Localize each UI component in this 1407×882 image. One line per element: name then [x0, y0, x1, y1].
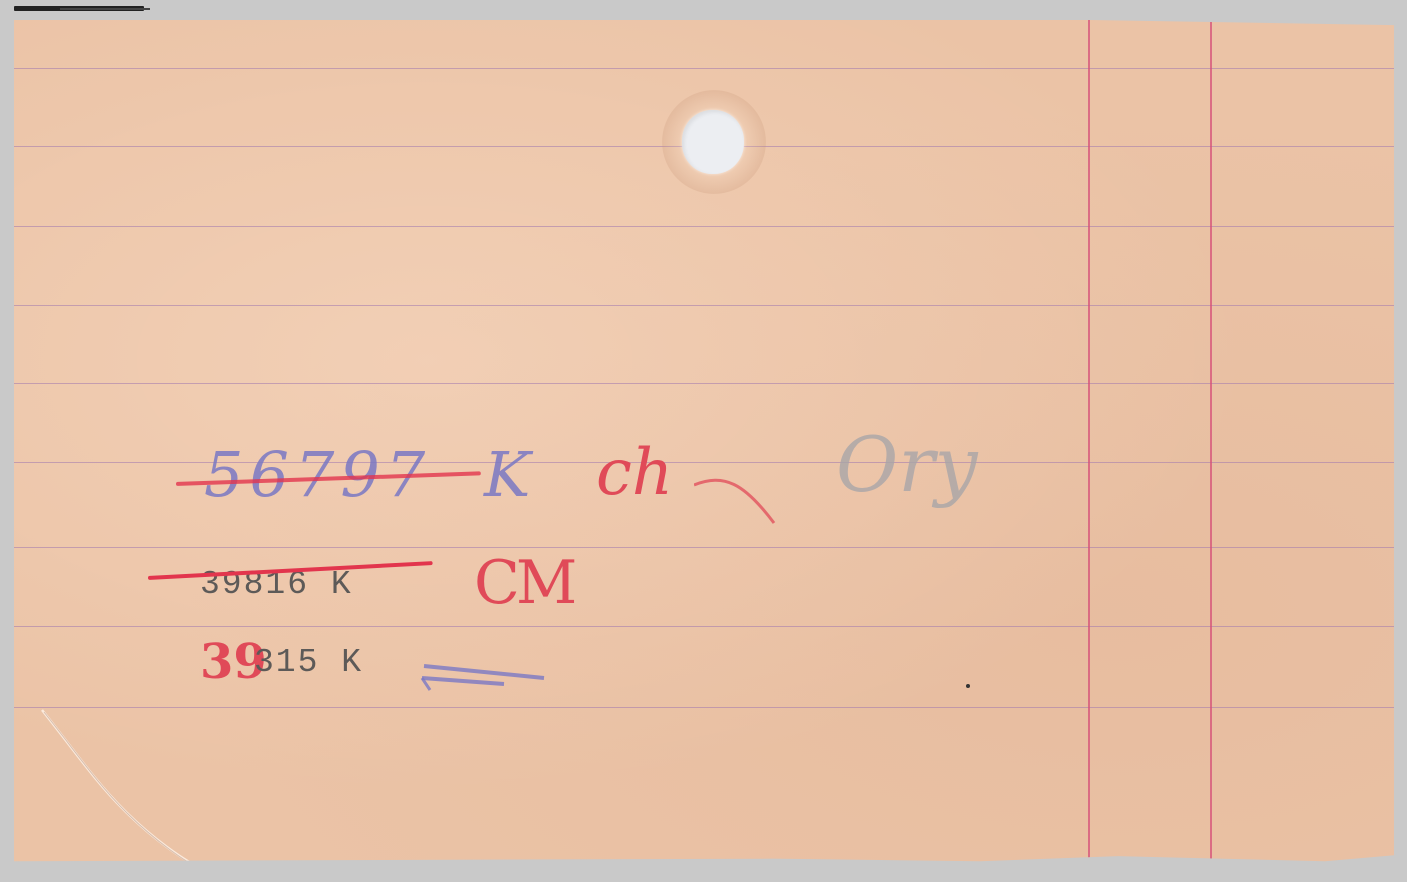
index-card: 56797 K ch Ory 39816 K CM 39 315 K — [14, 20, 1394, 868]
blue-arrow-icon — [414, 658, 554, 698]
ruling-line — [14, 626, 1394, 627]
red-annotation-ch: ch — [596, 436, 673, 510]
ruling-line — [14, 68, 1394, 69]
ruling-line — [14, 707, 1394, 708]
punch-hole-opening — [682, 110, 744, 174]
scanner-edge-mark-2 — [60, 8, 150, 10]
typed-number: 315 K — [254, 644, 363, 681]
red-annotation-cm: CM — [474, 548, 573, 618]
ruling-line — [14, 226, 1394, 227]
margin-line-left — [1088, 20, 1090, 868]
ruling-line — [14, 547, 1394, 548]
handwritten-suffix: K — [484, 438, 530, 511]
red-tail-stroke — [694, 475, 794, 535]
margin-line-right — [1210, 20, 1212, 868]
ruling-line — [14, 383, 1394, 384]
ruling-line — [14, 305, 1394, 306]
punch-hole — [662, 90, 766, 194]
pencil-note: Ory — [836, 420, 978, 509]
ink-dot — [966, 684, 970, 688]
